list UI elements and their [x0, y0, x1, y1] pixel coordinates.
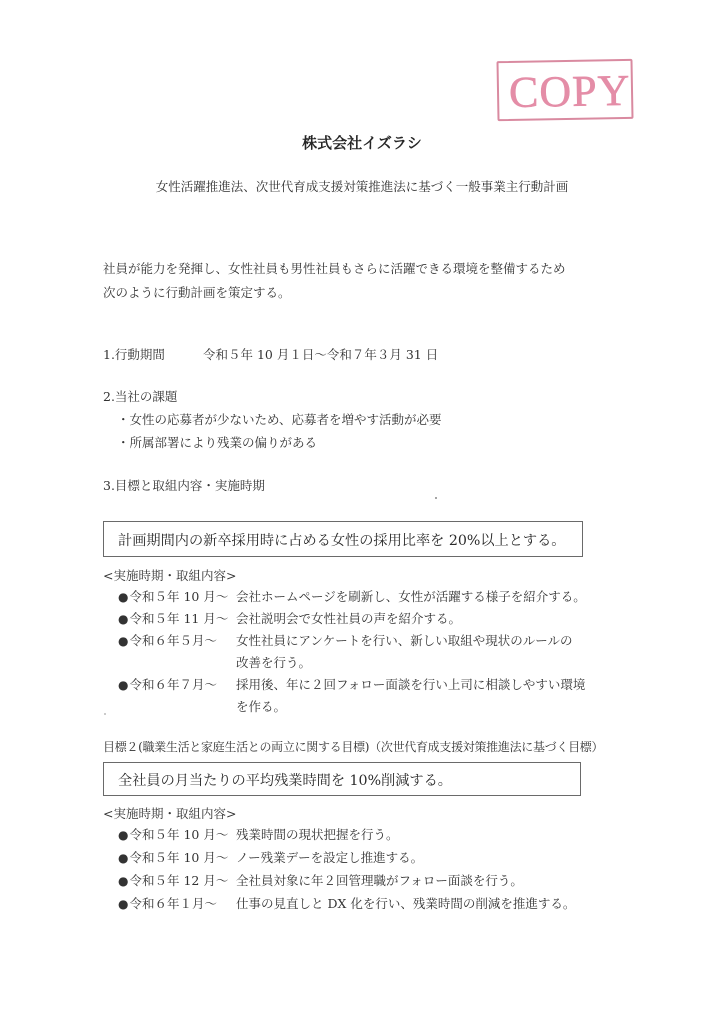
- issue-item: ・女性の応募者が少ないため、応募者を増やす活動が必要: [117, 410, 442, 428]
- goal-1-action-date: ●令和５年 10 月～: [118, 587, 228, 605]
- goal-2-action-date: ●令和５年 12 月～: [118, 871, 228, 889]
- goals-heading: 3.目標と取組内容・実施時期: [103, 476, 265, 494]
- goal-1-action-desc: 採用後、年に２回フォロー面談を行い上司に相談しやすい環境: [236, 675, 585, 693]
- copy-stamp: COPY: [496, 59, 633, 121]
- company-name: 株式会社イズラシ: [0, 132, 724, 153]
- bullet-icon: ●: [118, 874, 128, 888]
- bullet-icon: ●: [118, 590, 128, 604]
- goal-1-action-date: ●令和５年 11 月～: [118, 609, 228, 627]
- document-title: 女性活躍推進法、次世代育成支援対策推進法に基づく一般事業主行動計画: [0, 177, 724, 195]
- bullet-icon: ●: [118, 851, 128, 865]
- goal-2-action-desc: 全社員対象に年２回管理職がフォロー面談を行う。: [236, 871, 523, 889]
- goal-2-action-desc: ノー残業デーを設定し推進する。: [236, 848, 423, 866]
- action-period-label: 1.行動期間: [103, 345, 165, 363]
- goal-2-action-desc: 仕事の見直しと DX 化を行い、残業時間の削減を推進する。: [236, 894, 575, 912]
- intro-line-1: 社員が能力を発揮し、女性社員も男性社員もさらに活躍できる環境を整備するため: [103, 259, 566, 277]
- goal-2-action-desc: 残業時間の現状把握を行う。: [236, 825, 399, 843]
- bullet-icon: ●: [118, 612, 128, 626]
- goal-1-action-date: ●令和６年７月～: [118, 675, 217, 693]
- bullet-icon: ●: [118, 634, 128, 648]
- goal-2-impl-header: <実施時期・取組内容>: [103, 804, 236, 822]
- goal-2-action-date: ●令和６年１月～: [118, 894, 217, 912]
- scan-speck: [435, 497, 437, 499]
- goal-1-action-desc: 会社ホームページを刷新し、女性が活躍する様子を紹介する。: [236, 587, 586, 605]
- goal-1-action-date: ●令和６年５月～: [118, 631, 217, 649]
- goal-1-statement: 計画期間内の新卒採用時に占める女性の採用比率を 20%以上とする。: [118, 530, 565, 550]
- bullet-icon: ●: [118, 897, 128, 911]
- scan-speck: [104, 713, 106, 715]
- copy-stamp-text: COPY: [509, 67, 631, 117]
- goal-1-action-desc-cont: 改善を行う。: [236, 653, 311, 671]
- action-period-value: 令和５年 10 月１日～令和７年３月 31 日: [203, 345, 438, 363]
- goal-2-statement: 全社員の月当たりの平均残業時間を 10%削減する。: [118, 770, 452, 790]
- goal-1-impl-header: <実施時期・取組内容>: [103, 566, 236, 584]
- goal-1-action-desc-cont: を作る。: [236, 697, 286, 715]
- intro-line-2: 次のように行動計画を策定する。: [103, 283, 291, 301]
- goal-2-action-date: ●令和５年 10 月～: [118, 848, 228, 866]
- issues-heading: 2.当社の課題: [103, 387, 177, 405]
- goal-2-label: 目標２(職業生活と家庭生活との両立に関する目標)（次世代育成支援対策推進法に基づ…: [103, 738, 603, 755]
- goal-2-action-date: ●令和５年 10 月～: [118, 825, 228, 843]
- goal-1-action-desc: 女性社員にアンケートを行い、新しい取組や現状のルールの: [236, 631, 573, 649]
- issue-item: ・所属部署により残業の偏りがある: [117, 433, 317, 451]
- goal-1-box: 計画期間内の新卒採用時に占める女性の採用比率を 20%以上とする。: [103, 521, 583, 557]
- goal-1-action-desc: 会社説明会で女性社員の声を紹介する。: [236, 609, 461, 627]
- bullet-icon: ●: [118, 828, 128, 842]
- bullet-icon: ●: [118, 678, 128, 692]
- goal-2-box: 全社員の月当たりの平均残業時間を 10%削減する。: [103, 762, 581, 796]
